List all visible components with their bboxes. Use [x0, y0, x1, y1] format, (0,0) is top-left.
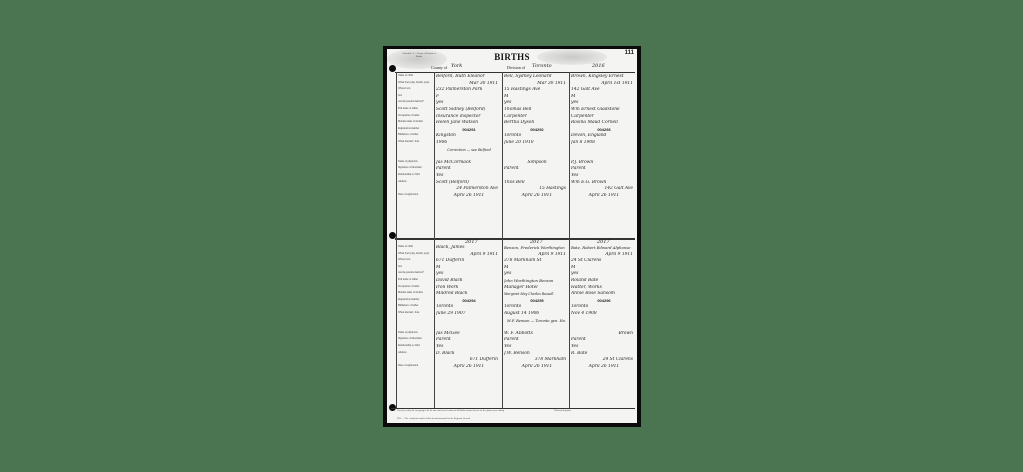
informant-address: 671 Dufferin	[436, 357, 502, 364]
birth-date: April 9 1911	[571, 252, 637, 259]
row-labels-upper: Name of child When born (day, month, yea…	[398, 74, 433, 199]
child-name: Bate, Robert Edward Alphonse	[571, 245, 637, 252]
birth-register-page: Schedule A — Form of Return of Births BI…	[387, 49, 637, 423]
birth-date: Mar 30 1911	[504, 81, 570, 88]
birth-date: Mar 30 1911	[436, 81, 502, 88]
document-frame: Schedule A — Form of Return of Births BI…	[383, 46, 641, 427]
informant-relation: Parent	[436, 337, 502, 344]
registration-date: April 26 1911	[571, 193, 637, 200]
division-label: Division of	[507, 65, 525, 70]
record-lower-3: Bate, Robert Edward Alphonse April 9 191…	[571, 245, 637, 370]
parents-married: yes	[504, 271, 570, 278]
father-name: Thomas Bell	[504, 107, 570, 114]
birth-place: 671 Dufferin	[436, 258, 502, 265]
registration-date: April 26 1911	[436, 193, 502, 200]
father-birthplace: Kingston	[436, 133, 502, 140]
physician-name: Simpson	[504, 160, 570, 167]
row-label: Signature of informant	[398, 337, 433, 344]
marriage-date: August 14 1906	[504, 311, 570, 318]
parents-married: yes	[504, 100, 570, 107]
blank-line	[436, 153, 502, 160]
father-birthplace: Toronto	[504, 133, 570, 140]
row-label: Maiden name of mother	[398, 120, 433, 127]
row-label	[398, 147, 433, 154]
registration-number: 004296	[571, 298, 637, 305]
informant-relation: Parent	[436, 166, 502, 173]
footer-certification: I hereby certify the foregoing to be the…	[397, 410, 631, 413]
row-label	[398, 186, 433, 193]
row-label: Occupation of father	[398, 285, 433, 292]
marriage-date: June 20 1910	[504, 140, 570, 147]
sex: F	[436, 94, 502, 101]
blank-line	[504, 147, 570, 154]
year-mark: 2016	[592, 63, 605, 69]
birth-place: 24 St Clarens	[571, 258, 637, 265]
county-division-line: County of York Division of Toronto 2016	[387, 63, 637, 71]
divider	[391, 408, 635, 409]
row-label: When married / date	[398, 311, 433, 318]
row-label: When born (day, month, year)	[398, 81, 433, 88]
informant-address: 24 Palmerston Ave	[436, 186, 502, 193]
row-label: Full name of father	[398, 107, 433, 114]
birth-place: 232 Palmerston Park	[436, 87, 502, 94]
marriage-date: Nov 4 1908	[571, 311, 637, 318]
row-label: Name of physician	[398, 331, 433, 338]
informant-address: 24 St Clarens	[571, 357, 637, 364]
sex: M	[504, 94, 570, 101]
sex: M	[436, 265, 502, 272]
row-label	[398, 153, 433, 160]
parents-married: yes	[571, 100, 637, 107]
father-occupation: Iron Work	[436, 285, 502, 292]
row-label: Registration number	[398, 298, 433, 305]
row-label: Occupation of father	[398, 114, 433, 121]
informant-yes: Yes	[504, 344, 570, 351]
registration-date: April 26 1911	[436, 364, 502, 371]
blank-line	[571, 153, 637, 160]
father-occupation: Insurance inspector	[436, 114, 502, 121]
informant-name: R. Bate	[571, 351, 637, 358]
birth-date: April 1st 1911	[571, 81, 637, 88]
row-label: Relationship to child	[398, 344, 433, 351]
mother-maiden-name: Margaret May Charles Russell	[504, 291, 570, 298]
father-name: Scott Sidney (Belford)	[436, 107, 502, 114]
mother-maiden-name: Bertha Dyson	[504, 120, 570, 127]
registration-number: 004293	[571, 127, 637, 134]
divider	[396, 72, 397, 408]
row-label: Maiden name of mother	[398, 291, 433, 298]
informant-address: 378 Markham	[504, 357, 570, 364]
correction-stamp: Correction — see Belford	[436, 147, 502, 154]
record-upper-1: Belford, Ruth Eleanor Mar 30 1911 232 Pa…	[436, 74, 502, 199]
informant-address: 15 Hastings	[504, 186, 570, 193]
row-label: Address	[398, 180, 433, 187]
record-lower-1: Black, James April 9 1911 671 Dufferin M…	[436, 245, 502, 370]
informant-relation: Parent	[571, 337, 637, 344]
row-label	[398, 357, 433, 364]
child-name: Belford, Ruth Eleanor	[436, 74, 502, 81]
father-birthplace: Devon, England	[571, 133, 637, 140]
footer-note: N.B. — The certificate must be filled in…	[397, 418, 631, 421]
birth-date: April 9 1911	[504, 252, 570, 259]
child-name: Benson, Frederick Worthington	[504, 245, 570, 252]
row-label: Name of child	[398, 245, 433, 252]
sex: M	[571, 94, 637, 101]
informant-yes: Yes	[571, 173, 637, 180]
county-label: County of	[431, 65, 447, 70]
registration-number: 004294	[436, 298, 502, 305]
row-label: When born (day, month, year)	[398, 252, 433, 259]
row-label: Sex	[398, 94, 433, 101]
marriage-date: June 29 1907	[436, 311, 502, 318]
record-upper-2: Bell, Sydney Leonard Mar 30 1911 15 Hast…	[504, 74, 570, 199]
informant-name: D. Black	[436, 351, 502, 358]
father-name: Wm Ernest Gladstone	[571, 107, 637, 114]
informant-relation: Parent	[504, 337, 570, 344]
row-label: Date of registration	[398, 364, 433, 371]
informant-yes	[504, 173, 570, 180]
blank-line	[436, 318, 502, 325]
child-name: Brown, Kingsley Ernest	[571, 74, 637, 81]
marriage-date: 1906	[436, 140, 502, 147]
father-occupation: Carpenter	[571, 114, 637, 121]
row-label: Relationship to child	[398, 173, 433, 180]
row-label: Birthplace of father	[398, 133, 433, 140]
blank-line	[504, 153, 570, 160]
row-label: Name of physician	[398, 160, 433, 167]
father-occupation: Hatter, Works	[571, 285, 637, 292]
mother-maiden-name: Mildred Black	[436, 291, 502, 298]
row-label: Address	[398, 351, 433, 358]
blank-line	[571, 324, 637, 331]
row-labels-lower: Name of child When born (day, month, yea…	[398, 245, 433, 370]
registration-number: 004295	[504, 298, 570, 305]
row-label: Date of registration	[398, 193, 433, 200]
child-name: Black, James	[436, 245, 502, 252]
record-upper-3: Brown, Kingsley Ernest April 1st 1911 14…	[571, 74, 637, 199]
registration-date: April 26 1911	[504, 193, 570, 200]
physician-name: P.J. Brown	[571, 160, 637, 167]
physician-name: Jas McCormack	[436, 160, 502, 167]
punch-hole	[389, 65, 396, 72]
physician-name: Brown	[571, 331, 637, 338]
father-name: John Worthington Benson	[504, 278, 570, 285]
registration-number: 004292	[504, 127, 570, 134]
parents-married: yes	[571, 271, 637, 278]
sex: M	[571, 265, 637, 272]
mother-maiden-name: Annie Rose Sansom	[571, 291, 637, 298]
division-registrar-label: Division Registrar	[554, 410, 571, 413]
registration-date: April 26 1911	[571, 364, 637, 371]
informant-name: Wm E.G. Brown	[571, 180, 637, 187]
registration-date: April 26 1911	[504, 364, 570, 371]
physician-name: W. F. Abbotts	[504, 331, 570, 338]
informant-name: Scott (Belford)	[436, 180, 502, 187]
page-title: BIRTHS	[387, 52, 637, 62]
birth-place: 142 Galt Ave	[571, 87, 637, 94]
mother-maiden-name: Rosina Maud Cornell	[571, 120, 637, 127]
registration-number: 004291	[436, 127, 502, 134]
blank-line	[504, 324, 570, 331]
sex: M	[504, 265, 570, 272]
father-birthplace: Toronto	[436, 304, 502, 311]
informant-name: J.W. Benson	[504, 351, 570, 358]
blank-line	[571, 318, 637, 325]
father-name: David Black	[436, 278, 502, 285]
child-name: Bell, Sydney Leonard	[504, 74, 570, 81]
divider	[395, 72, 635, 73]
row-label: Where born	[398, 258, 433, 265]
informant-yes: Yes	[436, 173, 502, 180]
row-label: Sex	[398, 265, 433, 272]
blank-line	[436, 324, 502, 331]
row-label: When married / date	[398, 140, 433, 147]
record-lower-2: Benson, Frederick Worthington April 9 19…	[504, 245, 570, 370]
divider	[502, 72, 503, 408]
birth-place: 378 Markham St	[504, 258, 570, 265]
father-occupation: Carpenter	[504, 114, 570, 121]
page-number: 111	[625, 50, 634, 56]
mother-maiden-name: Helen Jane Watson	[436, 120, 502, 127]
divider	[434, 72, 435, 408]
row-label: Full name of father	[398, 278, 433, 285]
row-label	[398, 318, 433, 325]
parents-married: yes	[436, 100, 502, 107]
row-label: Signature of informant	[398, 166, 433, 173]
father-birthplace: Toronto	[571, 304, 637, 311]
informant-yes: Yes	[571, 344, 637, 351]
division-value: Toronto	[532, 63, 552, 69]
informant-yes: Yes	[436, 344, 502, 351]
blank-line	[571, 147, 637, 154]
father-name: Roland Bate	[571, 278, 637, 285]
row-label: Are the parents married?	[398, 271, 433, 278]
row-label: Are the parents married?	[398, 100, 433, 107]
father-occupation: Manager Hotel	[504, 285, 570, 292]
physician-name: Jas McGee	[436, 331, 502, 338]
informant-relation: Parent	[504, 166, 570, 173]
father-birthplace: Toronto	[504, 304, 570, 311]
birth-date: April 9 1911	[436, 252, 502, 259]
informant-relation: Parent	[571, 166, 637, 173]
row-label: Name of child	[398, 74, 433, 81]
informant-name: Thos Bell	[504, 180, 570, 187]
row-label	[398, 324, 433, 331]
marriage-date: Jan 8 1908	[571, 140, 637, 147]
row-label: Where born	[398, 87, 433, 94]
county-value: York	[451, 63, 462, 69]
informant-address: 142 Galt Ave	[571, 186, 637, 193]
certification-text: I hereby certify the foregoing to be the…	[397, 410, 504, 412]
parents-married: yes	[436, 271, 502, 278]
row-label: Registration number	[398, 127, 433, 134]
row-label: Birthplace of father	[398, 304, 433, 311]
birth-place: 15 Hastings Ave	[504, 87, 570, 94]
correction-note: M.F. Benson — Toronto gen. Ho.	[504, 318, 570, 325]
